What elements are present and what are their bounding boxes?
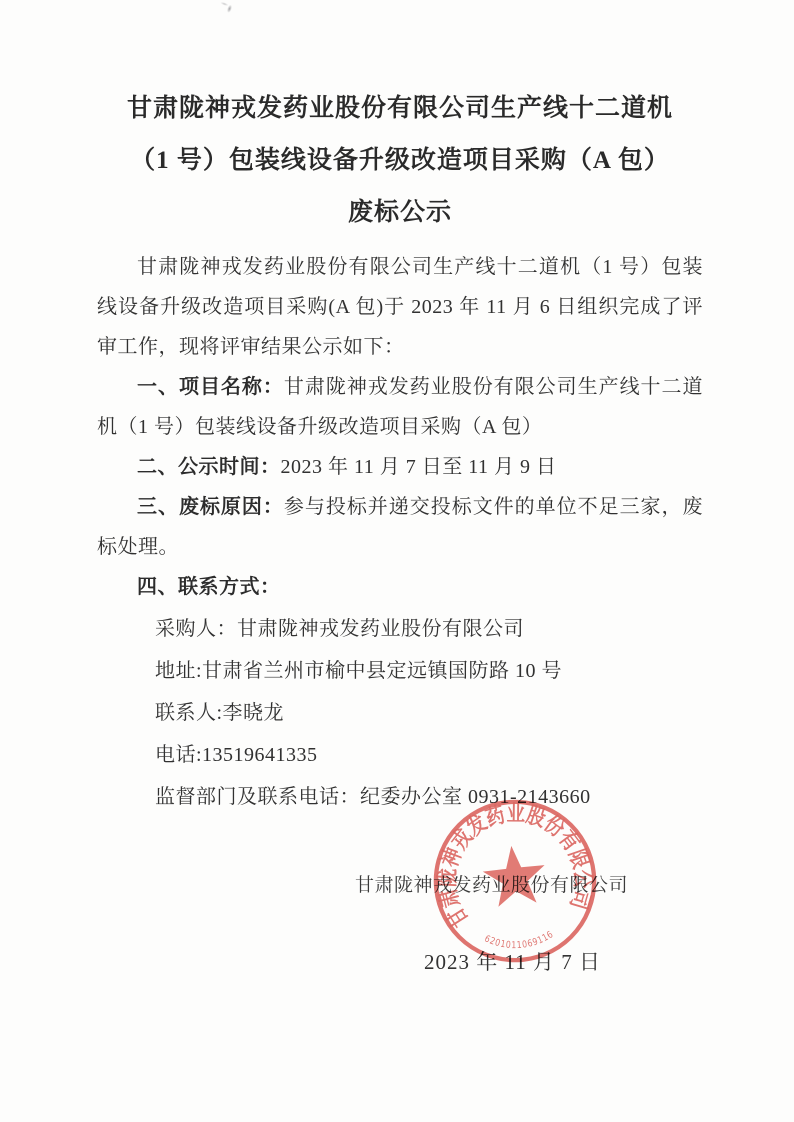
contact-person: 联系人:李晓龙 — [97, 692, 703, 734]
section-label: 三、废标原因： — [137, 496, 284, 518]
contact-address: 地址:甘肃省兰州市榆中县定远镇国防路 10 号 — [97, 650, 703, 692]
section-publicity-period: 二、公示时间：2023 年 11 月 7 日至 11 月 9 日 — [97, 447, 703, 487]
section-label: 一、项目名称： — [137, 376, 284, 398]
document-title: 甘肃陇神戎发药业股份有限公司生产线十二道机 （1 号）包装线设备升级改造项目采购… — [97, 83, 703, 239]
scan-artifact — [216, 0, 236, 18]
title-line-3: 废标公示 — [97, 187, 703, 239]
contact-phone: 电话:13519641335 — [97, 734, 703, 776]
seal-number-text: 6201011069116 — [482, 926, 557, 955]
document-content: 甘肃陇神戎发药业股份有限公司生产线十二道机 （1 号）包装线设备升级改造项目采购… — [97, 83, 703, 818]
section-project-name: 一、项目名称：甘肃陇神戎发药业股份有限公司生产线十二道机（1 号）包装线设备升级… — [97, 367, 703, 447]
contact-block: 采购人：甘肃陇神戎发药业股份有限公司 地址:甘肃省兰州市榆中县定远镇国防路 10… — [97, 608, 703, 818]
section-contact-heading: 四、联系方式： — [97, 567, 703, 607]
document-page: 甘肃陇神戎发药业股份有限公司生产线十二道机 （1 号）包装线设备升级改造项目采购… — [0, 0, 794, 1122]
title-line-2: （1 号）包装线设备升级改造项目采购（A 包） — [97, 135, 703, 187]
section-cancellation-reason: 三、废标原因：参与投标并递交投标文件的单位不足三家，废标处理。 — [97, 487, 703, 567]
section-label: 四、联系方式： — [137, 576, 281, 598]
title-line-1: 甘肃陇神戎发药业股份有限公司生产线十二道机 — [97, 83, 703, 135]
company-seal-stamp: 甘肃陇神戎发药业股份有限公司 6201011069116 — [420, 786, 609, 975]
intro-paragraph: 甘肃陇神戎发药业股份有限公司生产线十二道机（1 号）包装线设备升级改造项目采购(… — [97, 247, 703, 367]
contact-purchaser: 采购人：甘肃陇神戎发药业股份有限公司 — [97, 608, 703, 650]
seal-star-icon — [480, 843, 548, 908]
section-text: 2023 年 11 月 7 日至 11 月 9 日 — [281, 456, 557, 478]
section-label: 二、公示时间： — [137, 456, 281, 478]
contact-supervision: 监督部门及联系电话：纪委办公室 0931-2143660 — [97, 776, 703, 818]
